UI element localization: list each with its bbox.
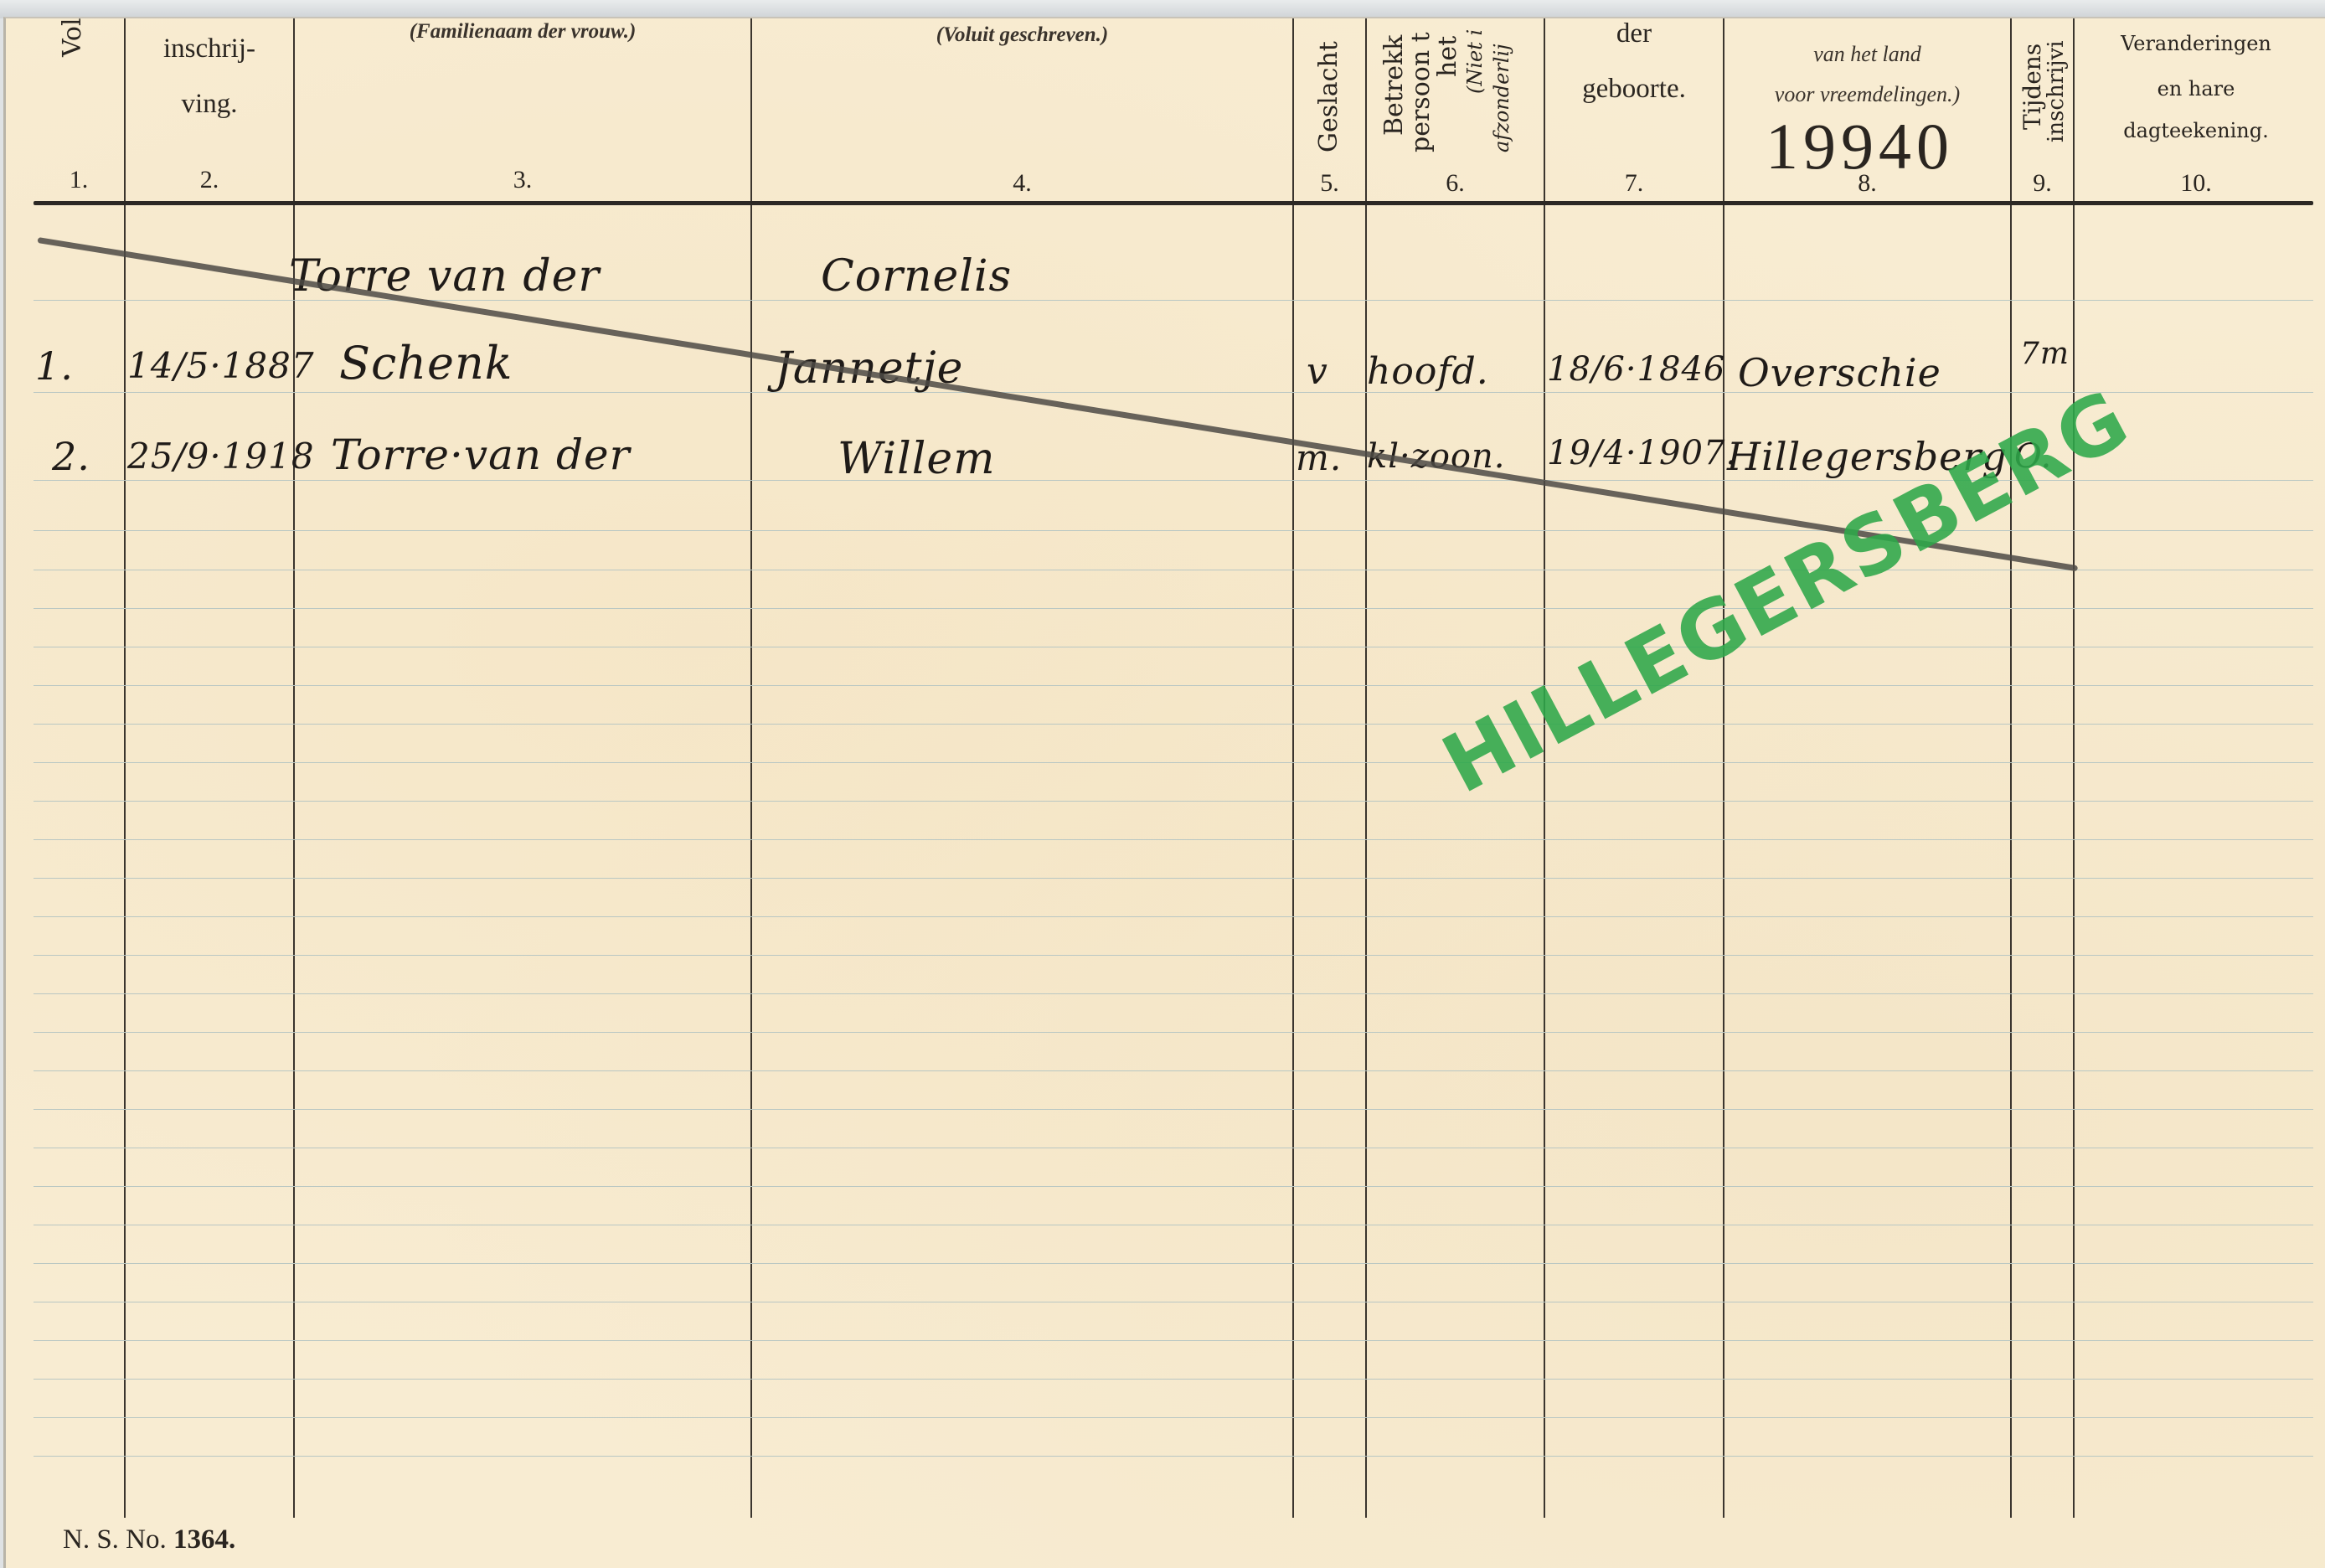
row-line bbox=[34, 1148, 2313, 1148]
entry-1-birth-date: 18/6·1846 bbox=[1547, 350, 1725, 389]
column-divider-7 bbox=[1723, 18, 1724, 1518]
row-line bbox=[34, 1417, 2313, 1418]
header-col7-label-line1: der bbox=[1545, 18, 1723, 49]
header-col2-label-line1: inschrij- bbox=[126, 34, 293, 64]
header-col10-number: 10. bbox=[2075, 169, 2317, 198]
header-col6-label-line2: persoon t bbox=[1409, 32, 1434, 152]
header-col6-label-line3: het bbox=[1436, 36, 1461, 77]
entry-1-col9: 7m bbox=[2020, 337, 2070, 371]
row-line bbox=[34, 762, 2313, 763]
row-line bbox=[34, 1263, 2313, 1264]
entry-2-first-names: Willem bbox=[838, 434, 996, 484]
entry-2-date: 25/9·1918 bbox=[127, 436, 315, 477]
row-line bbox=[34, 1070, 2313, 1071]
header-col8-number: 8. bbox=[1724, 169, 2010, 198]
row-line bbox=[34, 993, 2313, 994]
entry-2-surname: Torre·van der bbox=[331, 431, 631, 479]
row-line bbox=[34, 1302, 2313, 1302]
column-divider-4 bbox=[1292, 18, 1294, 1518]
row-line bbox=[34, 801, 2313, 802]
entry-1-birth-place: Overschie bbox=[1738, 350, 1941, 395]
row-line bbox=[34, 839, 2313, 840]
header-rule bbox=[34, 201, 2313, 205]
column-divider-5 bbox=[1365, 18, 1367, 1518]
header-col4-number: 4. bbox=[752, 169, 1292, 198]
entry-2-row-number: 2. bbox=[52, 434, 90, 479]
header-col9-label-line2: inschrijvi bbox=[2044, 40, 2069, 142]
row-line bbox=[34, 1109, 2313, 1110]
header-col1-number: 1. bbox=[34, 166, 124, 194]
form-number-prefix: N. S. No. bbox=[63, 1524, 167, 1555]
header-col4-label: (Voluit geschreven.) bbox=[752, 23, 1292, 47]
row-line bbox=[34, 608, 2313, 609]
header-col6-label-line5: afzonderlij bbox=[1489, 44, 1514, 152]
row-line bbox=[34, 392, 2313, 393]
column-divider-8 bbox=[2010, 18, 2012, 1518]
entry-head-first-name-line1: Cornelis bbox=[821, 251, 1012, 302]
row-line bbox=[34, 916, 2313, 917]
row-line bbox=[34, 1340, 2313, 1341]
header-col5-number: 5. bbox=[1294, 169, 1365, 198]
header-col10-label-line2: en hare bbox=[2075, 77, 2317, 101]
header-col3-number: 3. bbox=[295, 166, 750, 194]
form-number: N. S. No. 1364. bbox=[63, 1524, 235, 1555]
row-line bbox=[34, 1186, 2313, 1187]
header-col2-label-line2: ving. bbox=[126, 89, 293, 120]
header-col9-label-line1: Tijdens bbox=[2020, 44, 2045, 130]
row-line bbox=[34, 685, 2313, 686]
header-col8-label-line2: voor vreemdelingen.) bbox=[1724, 82, 2010, 107]
column-divider-9 bbox=[2073, 18, 2075, 1518]
column-divider-3 bbox=[750, 18, 752, 1518]
header-col9-number: 9. bbox=[2012, 169, 2073, 198]
form-number-value: 1364. bbox=[173, 1524, 235, 1555]
header-col10-label-line1: Veranderingen bbox=[2075, 32, 2317, 55]
entry-1-date: 14/5·1887 bbox=[127, 345, 315, 386]
scanner-top-edge bbox=[0, 0, 2325, 18]
entry-1-relation: hoofd. bbox=[1367, 350, 1489, 393]
registration-card bbox=[3, 17, 2325, 1568]
row-line bbox=[34, 1032, 2313, 1033]
row-line bbox=[34, 647, 2313, 647]
column-divider-2 bbox=[293, 18, 295, 1518]
entry-1-row-number: 1. bbox=[35, 343, 74, 389]
entry-head-surname-line1: Torre van der bbox=[289, 251, 600, 302]
header-col7-label-line2: geboorte. bbox=[1545, 74, 1723, 105]
header-col3-label: (Familienaam der vrouw.) bbox=[295, 20, 750, 44]
row-line bbox=[34, 1379, 2313, 1380]
header-col10-label-line3: dagteekening. bbox=[2075, 119, 2317, 142]
header-col8-label-line1: van het land bbox=[1724, 42, 2010, 67]
header-col7-number: 7. bbox=[1545, 169, 1723, 198]
header-col2-number: 2. bbox=[126, 166, 293, 194]
row-line bbox=[34, 1456, 2313, 1457]
row-line bbox=[34, 724, 2313, 725]
header-col6-number: 6. bbox=[1367, 169, 1544, 198]
header-col1-label: Vol bbox=[60, 18, 85, 57]
header-col6-label-line1: Betrekk bbox=[1382, 35, 1407, 136]
entry-1-sex: v bbox=[1307, 350, 1328, 393]
column-divider-1 bbox=[124, 18, 126, 1518]
row-line bbox=[34, 878, 2313, 879]
row-line bbox=[34, 570, 2313, 570]
header-col5-label: Geslacht bbox=[1317, 41, 1342, 152]
header-col6-label-line4: (Niet i bbox=[1462, 29, 1487, 94]
entry-1-surname: Schenk bbox=[339, 337, 513, 389]
row-line bbox=[34, 1225, 2313, 1225]
entry-2-birth-date: 19/4·1907. bbox=[1547, 434, 1737, 472]
row-line bbox=[34, 955, 2313, 956]
